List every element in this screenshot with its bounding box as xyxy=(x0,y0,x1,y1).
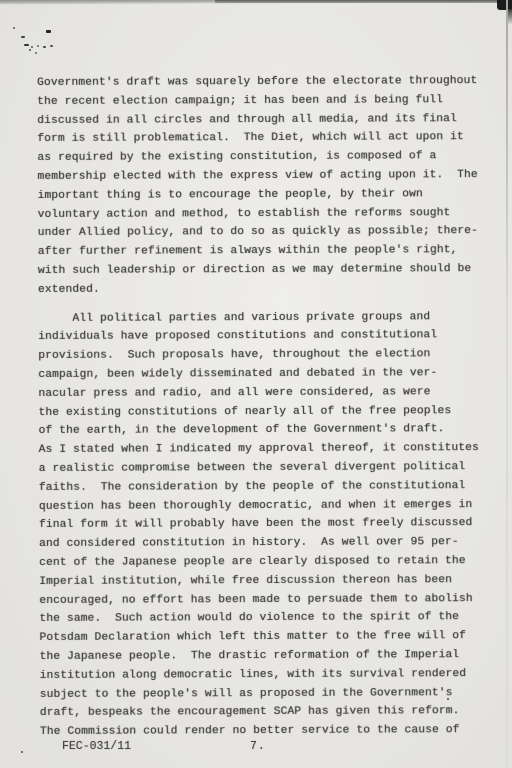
text-line: and considered constitution in history. … xyxy=(39,533,487,554)
text-line: a realistic compromise between the sever… xyxy=(39,458,487,479)
text-line: of the earth, in the development of the … xyxy=(39,420,487,441)
ink-speck xyxy=(13,27,15,29)
scanned-document-page: Government's draft was squarely before t… xyxy=(0,0,512,768)
paragraph: All political parties and various privat… xyxy=(38,308,488,742)
ink-speck xyxy=(46,30,51,33)
text-line: membership elected with the express view… xyxy=(37,166,485,187)
text-line: cent of the Japanese people are clearly … xyxy=(39,552,487,573)
text-line: institution along democratic lines, with… xyxy=(40,665,488,686)
paper-right-edge xyxy=(506,0,508,768)
text-line: The Commission could render no better se… xyxy=(40,721,488,742)
text-line: final form it will probably have been th… xyxy=(39,514,487,535)
ink-speck xyxy=(37,45,39,47)
scan-top-edge-dark xyxy=(215,0,512,3)
text-line: voluntary action and method, to establis… xyxy=(38,204,486,225)
ink-speck xyxy=(29,49,31,51)
text-line: under Allied policy, and to do so as qui… xyxy=(38,222,486,243)
text-line: faiths. The consideration by the people … xyxy=(39,477,487,498)
scan-corner-mark-tail xyxy=(508,9,512,25)
text-line: encouraged, no effort has been made to p… xyxy=(39,590,487,611)
text-line: with such leadership or direction as we … xyxy=(38,260,486,281)
text-line: the recent election campaign; it has bee… xyxy=(37,91,485,112)
ink-speck xyxy=(24,44,29,46)
text-line: extended. xyxy=(38,279,486,300)
text-line: the same. Such action would do violence … xyxy=(39,608,487,629)
document-reference: FEC-031/11 xyxy=(62,740,131,753)
document-body: Government's draft was squarely before t… xyxy=(37,72,488,742)
text-line: discussed in all circles and through all… xyxy=(37,110,485,131)
ink-speck xyxy=(31,46,33,48)
text-line: As I stated when I indicated my approval… xyxy=(39,439,487,460)
ink-speck xyxy=(43,46,46,48)
text-line: form is still problematical. The Diet, w… xyxy=(37,128,485,149)
text-line: as required by the existing constitution… xyxy=(37,147,485,168)
text-line: provisions. Such proposals have, through… xyxy=(38,345,486,366)
text-line: important thing is to encourage the peop… xyxy=(37,185,485,206)
text-line: the existing constitutions of nearly all… xyxy=(38,402,486,423)
text-line: All political parties and various privat… xyxy=(38,308,486,329)
text-line: Potsdam Declaration which left this matt… xyxy=(39,627,487,648)
text-line: Imperial institution, while free discuss… xyxy=(39,571,487,592)
text-line: question has been thoroughly democratic,… xyxy=(39,496,487,517)
text-line: after further refinement is always withi… xyxy=(38,241,486,262)
text-line: the Japanese people. The drastic reforma… xyxy=(40,646,488,667)
text-line: nacular press and radio, and all were co… xyxy=(38,383,486,404)
ink-speck xyxy=(21,36,25,38)
text-line: individuals have proposed constitutions … xyxy=(38,326,486,347)
ink-speck xyxy=(21,751,23,753)
page-number: 7. xyxy=(250,740,266,753)
ink-speck xyxy=(50,45,53,47)
text-line: Government's draft was squarely before t… xyxy=(37,72,485,93)
ink-speck xyxy=(35,52,37,54)
text-line: draft, bespeaks the encouragement SCAP h… xyxy=(40,702,488,723)
paragraph: Government's draft was squarely before t… xyxy=(37,72,486,300)
text-line: campaign, been widely disseminated and d… xyxy=(38,364,486,385)
text-line: subject to the people's will as proposed… xyxy=(40,684,488,705)
